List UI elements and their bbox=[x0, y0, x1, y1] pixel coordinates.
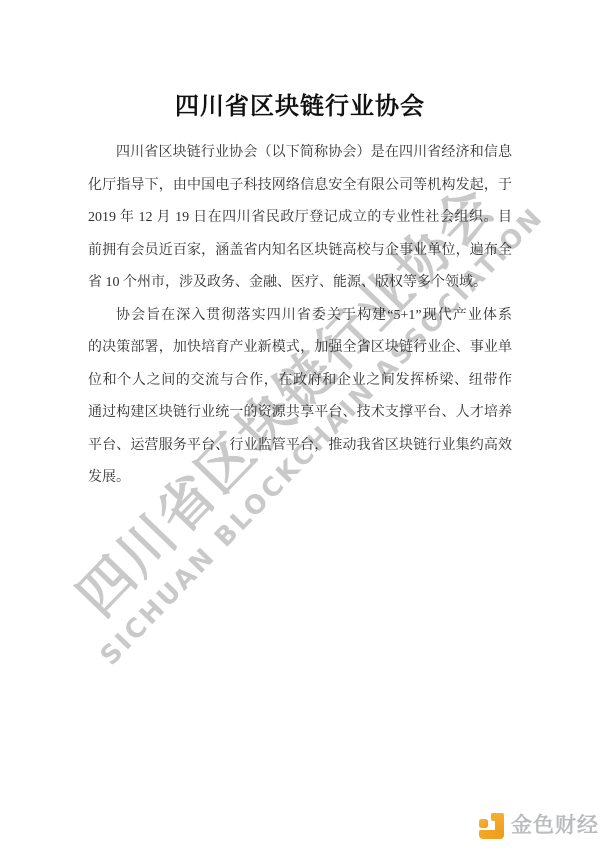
jinse-logo-icon bbox=[479, 811, 504, 839]
body-line: 平台、运营服务平台、行业监管平台，推动我省区块链行业集约高效 bbox=[88, 430, 512, 463]
body-line: 通过构建区块链行业统一的资源共享平台、技术支撑平台、人才培养 bbox=[88, 397, 512, 430]
body-line: 发展。 bbox=[88, 462, 512, 495]
body-line: 化厅指导下，由中国电子科技网络信息安全有限公司等机构发起，于 bbox=[88, 170, 512, 203]
document-body: 四川省区块链行业协会（以下简称协会）是在四川省经济和信息 化厅指导下，由中国电子… bbox=[88, 137, 512, 495]
body-line: 省 10 个州市，涉及政务、金融、医疗、能源、版权等多个领域。 bbox=[88, 267, 512, 300]
page-title: 四川省区块链行业协会 bbox=[0, 86, 600, 121]
jinse-finance-logo: 金色财经 bbox=[479, 811, 599, 839]
body-line: 协会旨在深入贯彻落实四川省委关于构建“5+1”现代产业体系 bbox=[88, 300, 512, 333]
body-line: 四川省区块链行业协会（以下简称协会）是在四川省经济和信息 bbox=[88, 137, 512, 170]
body-line: 前拥有会员近百家，涵盖省内知名区块链高校与企事业单位，遍布全 bbox=[88, 235, 512, 268]
body-line: 位和个人之间的交流与合作，在政府和企业之间发挥桥梁、纽带作用。 bbox=[88, 365, 512, 398]
jinse-logo-text: 金色财经 bbox=[511, 815, 599, 836]
body-line: 2019 年 12 月 19 日在四川省民政厅登记成立的专业性社会组织。目 bbox=[88, 202, 512, 235]
body-line: 的决策部署，加快培育产业新模式，加强全省区块链行业企、事业单 bbox=[88, 332, 512, 365]
